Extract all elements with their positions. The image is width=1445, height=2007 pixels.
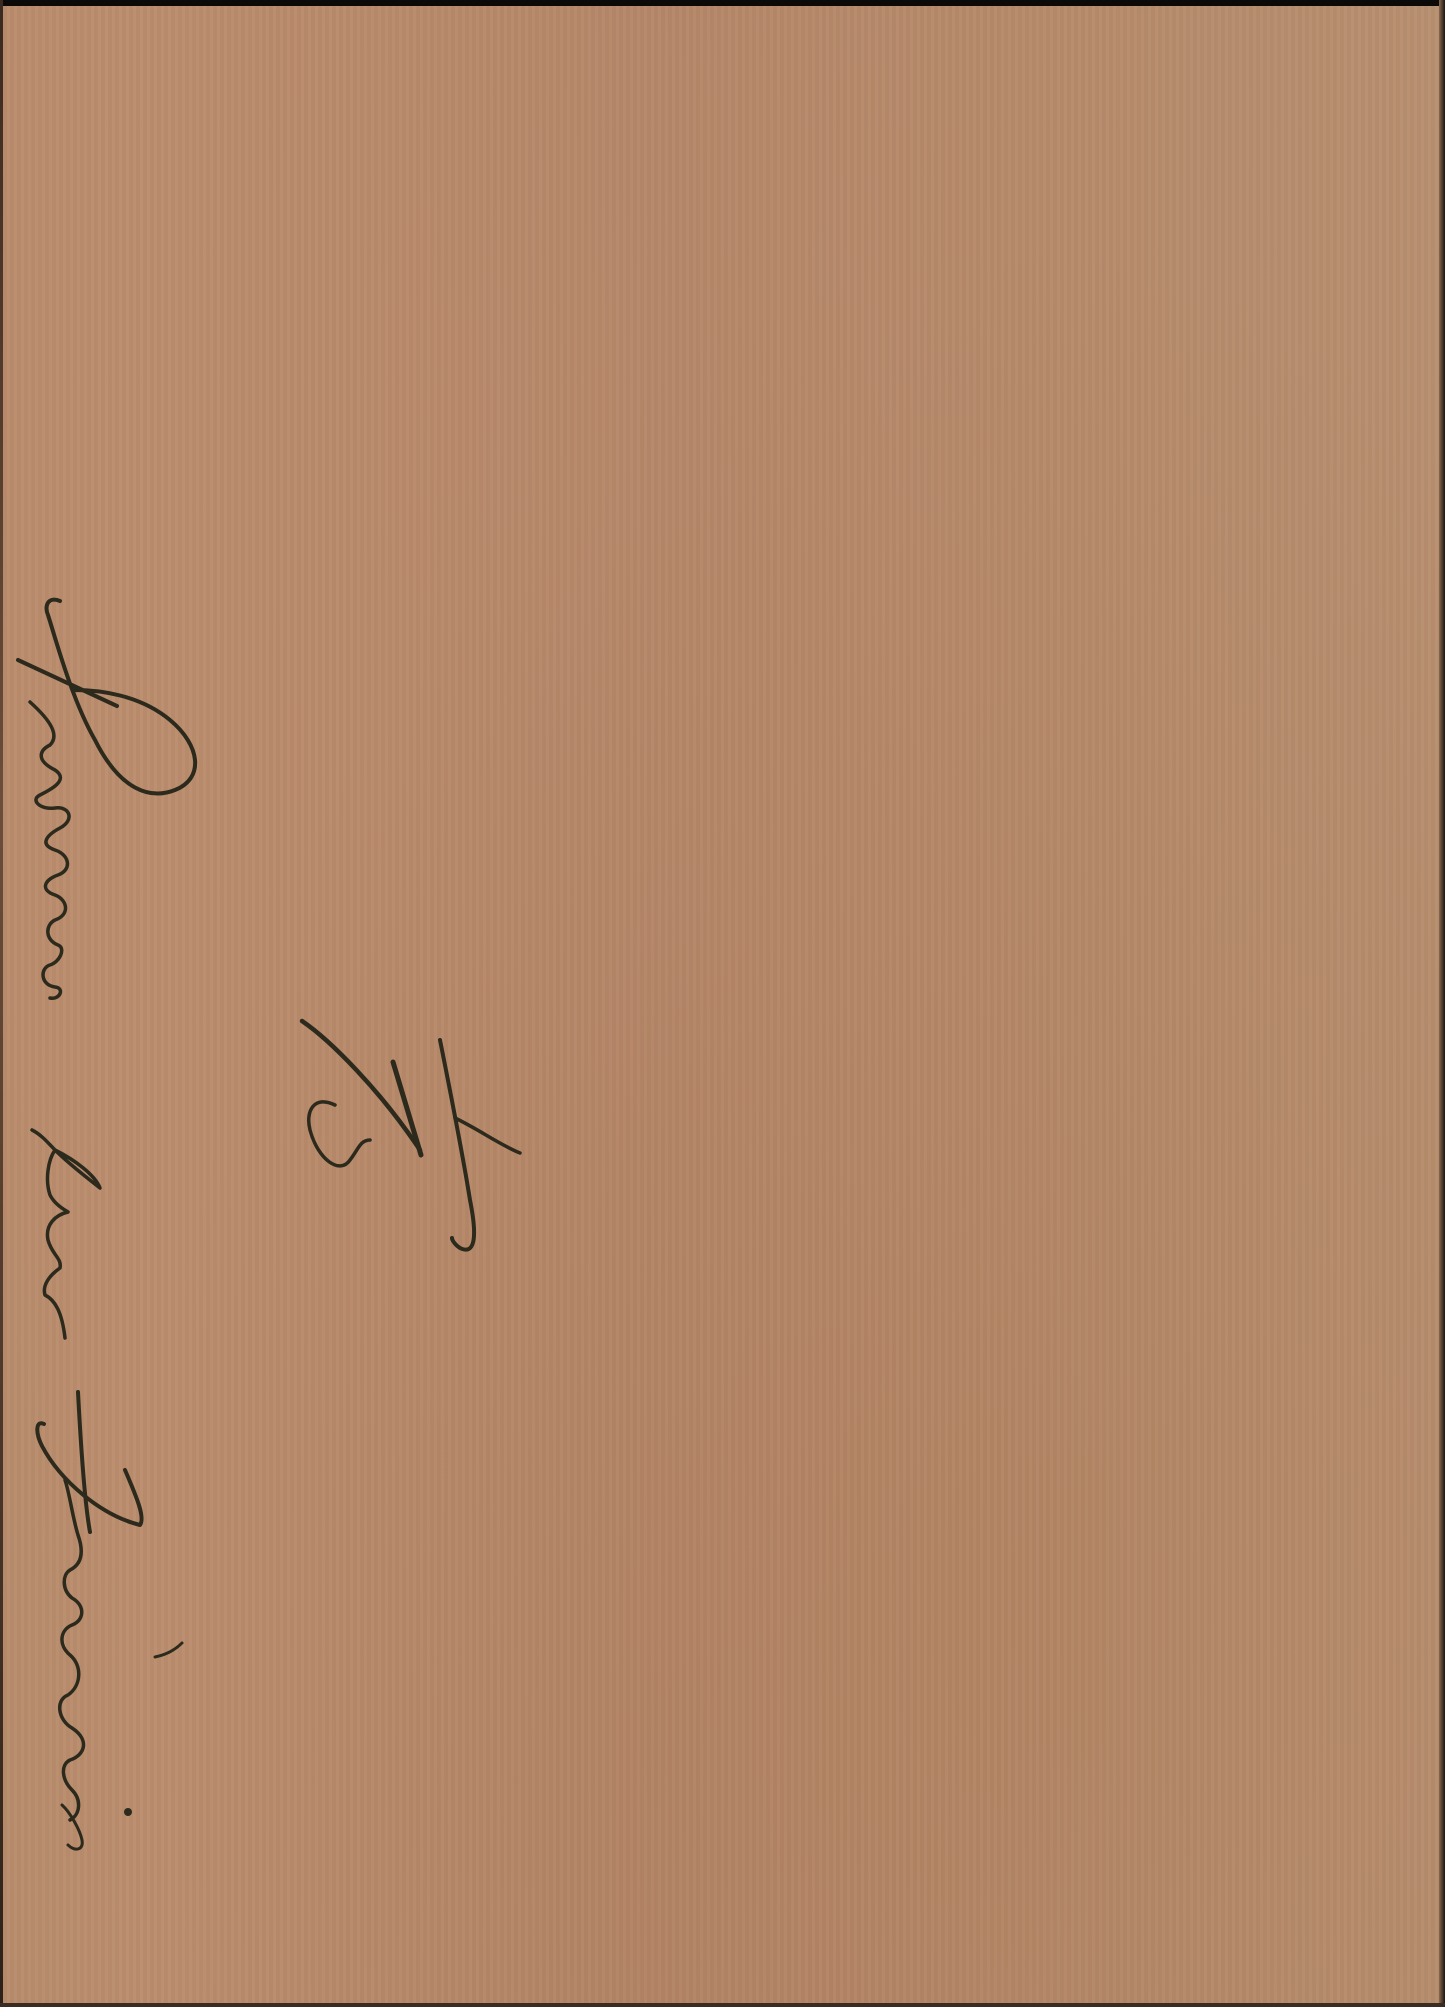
handwritten-word-familie — [37, 1392, 182, 1849]
i-dot-mark — [124, 1808, 132, 1816]
handwritten-word-pedersen — [18, 600, 195, 999]
handwritten-numeral-one — [440, 1040, 520, 1250]
handwritten-folder-mark — [302, 1021, 421, 1166]
handwritten-word-leon — [32, 1130, 100, 1338]
document-page: Pedersen Leon Familie 7/3 — [0, 0, 1445, 2007]
handwriting-layer — [0, 0, 1445, 2007]
